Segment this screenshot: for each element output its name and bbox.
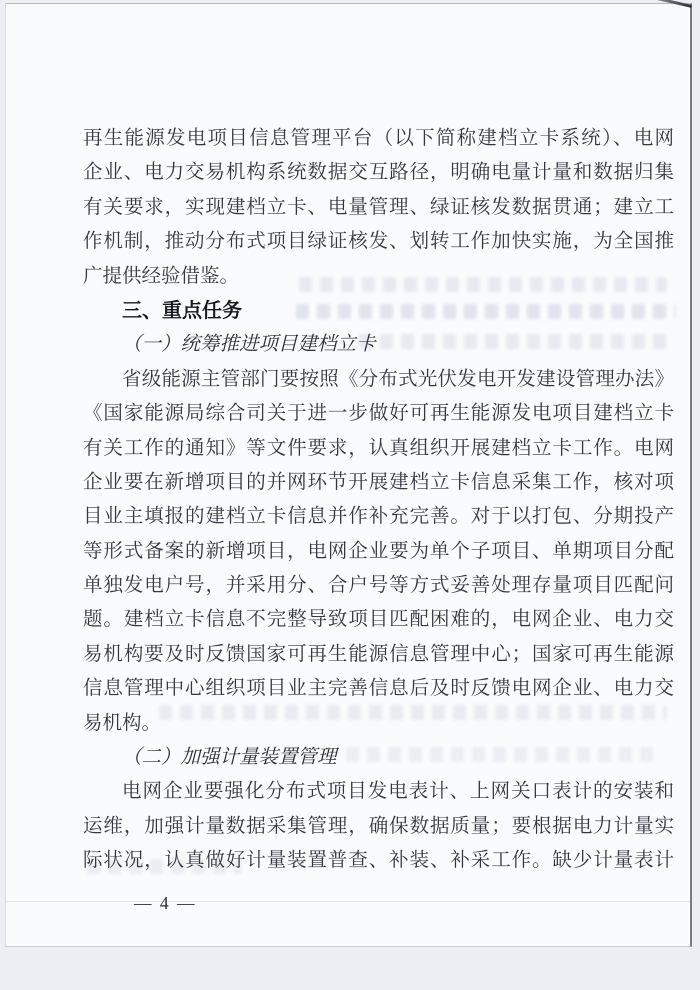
text-line: 作机制，推动分布式项目绿证核发、划转工作加快实施，为全国推 [83, 225, 674, 259]
text-line: 题。建档立卡信息不完整导致项目匹配困难的，电网企业、电力交 [83, 603, 674, 637]
text-line: 电网企业要强化分布式项目发电表计、上网关口表计的安装和 [83, 775, 674, 809]
text-line: 目业主填报的建档立卡信息并作补充完善。对于以打包、分期投产 [83, 500, 674, 534]
section-heading: 三、重点任务 [83, 294, 674, 328]
text-line: 单独发电户号，并采用分、合户号等方式妥善处理存量项目匹配问 [83, 569, 674, 603]
text-line: 际状况，认真做好计量装置普查、补装、补采工作。缺少计量表计 [83, 844, 674, 878]
text-line: 企业要在新增项目的并网环节开展建档立卡信息采集工作，核对项 [83, 466, 674, 500]
text-line: 有关要求，实现建档立卡、电量管理、绿证核发数据贯通；建立工 [83, 191, 674, 225]
text-line: 《国家能源局综合司关于进一步做好可再生能源发电项目建档立卡 [83, 397, 674, 431]
subsection-heading: （一）统筹推进项目建档立卡 [83, 328, 674, 362]
text-line: 有关工作的通知》等文件要求，认真组织开展建档立卡工作。电网 [83, 432, 674, 466]
text-line: 信息管理中心组织项目业主完善信息后及时反馈电网企业、电力交 [83, 672, 674, 706]
subsection-heading: （二）加强计量装置管理 [83, 741, 674, 775]
text-line: 运维，加强计量数据采集管理，确保数据质量；要根据电力计量实 [83, 810, 674, 844]
text-line: 等形式备案的新增项目，电网企业要为单个子项目、单期项目分配 [83, 535, 674, 569]
page-corner-scan-edge [656, 0, 692, 8]
text-line: 企业、电力交易机构系统数据交互路径，明确电量计量和数据归集 [83, 156, 674, 190]
document-page: 再生能源发电项目信息管理平台（以下简称建档立卡系统）、电网 企业、电力交易机构系… [5, 3, 692, 947]
text-line: 省级能源主管部门要按照《分布式光伏发电开发建设管理办法》 [83, 363, 674, 397]
text-line: 易机构。 [83, 707, 674, 741]
text-line: 广提供经验借鉴。 [83, 260, 674, 294]
text-line: 再生能源发电项目信息管理平台（以下简称建档立卡系统）、电网 [83, 122, 674, 156]
scan-fold-line [6, 901, 690, 902]
document-text: 再生能源发电项目信息管理平台（以下简称建档立卡系统）、电网 企业、电力交易机构系… [83, 122, 674, 879]
text-line: 易机构要及时反馈国家可再生能源信息管理中心；国家可再生能源 [83, 638, 674, 672]
page-number: — 4 — [134, 893, 197, 914]
